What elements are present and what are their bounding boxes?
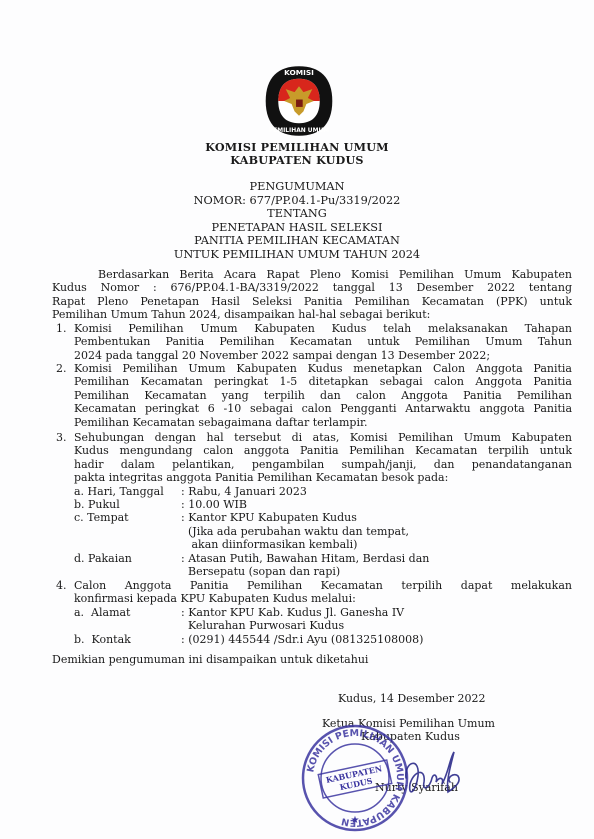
intro-paragraph: Berdasarkan Berita Acara Rapat Pleno Kom… (52, 268, 572, 322)
title-line: TENTANG (0, 207, 594, 221)
list-number: 3. (56, 431, 67, 444)
detail-row-contact: b. Kontak: (0291) 445544 /Sdr.i Ayu (081… (74, 633, 572, 646)
intro-line: Pemilihan Umum Tahun 2024, disampaikan h… (52, 308, 572, 321)
item-line: hadir dalam pelantikan, pengambilan sump… (74, 458, 572, 471)
title-line: PENETAPAN HASIL SELEKSI (0, 221, 594, 235)
list-number: 2. (56, 362, 67, 375)
detail-row-dress-cont: Bersepatu (sopan dan rapi) (74, 565, 572, 578)
org-region: KABUPATEN KUDUS (0, 153, 594, 167)
official-stamp-icon: KOMISI PEMILIHAN UMUM KABUPATEN KABUPATE… (300, 723, 410, 833)
detail-row-time: b. Pukul: 10.00 WIB (74, 498, 572, 511)
detail-row-note: akan diinformasikan kembali) (74, 538, 572, 551)
title-number: NOMOR: 677/PP.04.1-Pu/3319/2022 (0, 194, 594, 208)
logo-ring-bottom: PEMILIHAN UMUM (269, 128, 329, 134)
list-item: 3. Sehubungan dengan hal tersebut di ata… (74, 431, 572, 578)
item-line: pakta integritas anggota Panitia Pemilih… (74, 471, 572, 484)
list-item: 2. Komisi Pemilihan Umum Kabupaten Kudus… (74, 362, 572, 429)
closing-statement: Demikian pengumuman ini disampaikan untu… (52, 653, 368, 666)
item-line: Kecamatan peringkat 6 -10 sebagai calon … (74, 402, 572, 415)
title-line: PANITIA PEMILIHAN KECAMATAN (0, 234, 594, 248)
announcement-title: PENGUMUMAN NOMOR: 677/PP.04.1-Pu/3319/20… (0, 180, 594, 261)
svg-text:★: ★ (351, 815, 360, 826)
detail-row-date: a. Hari, Tanggal: Rabu, 4 Januari 2023 (74, 485, 572, 498)
detail-row-note: (Jika ada perubahan waktu dan tempat, (74, 525, 572, 538)
list-number: 4. (56, 579, 67, 592)
detail-row-address: a. Alamat: Kantor KPU Kab. Kudus Jl. Gan… (74, 606, 572, 619)
intro-line: Berdasarkan Berita Acara Rapat Pleno Kom… (52, 268, 572, 281)
intro-line: Rapat Pleno Penetapan Hasil Seleksi Pani… (52, 295, 572, 308)
item-line: 2024 pada tanggal 20 November 2022 sampa… (74, 349, 572, 362)
handwritten-signature-icon (400, 748, 470, 808)
place-date: Kudus, 14 Desember 2022 (338, 692, 486, 705)
item-line: Pemilihan Kecamatan yang terpilih dan ca… (74, 389, 572, 402)
item-line: Pemilihan Kecamatan sebagaimana daftar t… (74, 416, 572, 429)
detail-row-dress: d. Pakaian: Atasan Putih, Bawahan Hitam,… (74, 552, 572, 565)
item-line: Kudus mengundang calon anggota Panitia P… (74, 444, 572, 457)
title-line: PENGUMUMAN (0, 180, 594, 194)
document-page: KOMISI PEMILIHAN UMUM KOMISI PEMILIHAN U… (0, 0, 594, 839)
list-item: 4. Calon Anggota Panitia Pemilihan Kecam… (74, 579, 572, 646)
kpu-emblem-icon: KOMISI PEMILIHAN UMUM (262, 64, 336, 138)
intro-line: Kudus Nomor : 676/PP.04.1-BA/3319/2022 t… (52, 281, 572, 294)
logo-ring-top: KOMISI (284, 68, 314, 77)
list-item: 1. Komisi Pemilihan Umum Kabupaten Kudus… (74, 322, 572, 362)
item-line: Sehubungan dengan hal tersebut di atas, … (74, 431, 572, 444)
org-name: KOMISI PEMILIHAN UMUM (0, 140, 594, 154)
detail-row-place: c. Tempat: Kantor KPU Kabupaten Kudus (74, 511, 572, 524)
item-line: Pembentukan Panitia Pemilihan Kecamatan … (74, 335, 572, 348)
detail-row-address-cont: Kelurahan Purwosari Kudus (74, 619, 572, 632)
item-line: Komisi Pemilihan Umum Kabupaten Kudus me… (74, 362, 572, 375)
list-number: 1. (56, 322, 67, 335)
item-line: Calon Anggota Panitia Pemilihan Kecamata… (74, 579, 572, 592)
item-line: konfirmasi kepada KPU Kabupaten Kudus me… (74, 592, 572, 605)
item-line: Komisi Pemilihan Umum Kabupaten Kudus te… (74, 322, 572, 335)
item-line: Pemilihan Kecamatan peringkat 1-5 diteta… (74, 375, 572, 388)
title-line: UNTUK PEMILIHAN UMUM TAHUN 2024 (0, 248, 594, 262)
